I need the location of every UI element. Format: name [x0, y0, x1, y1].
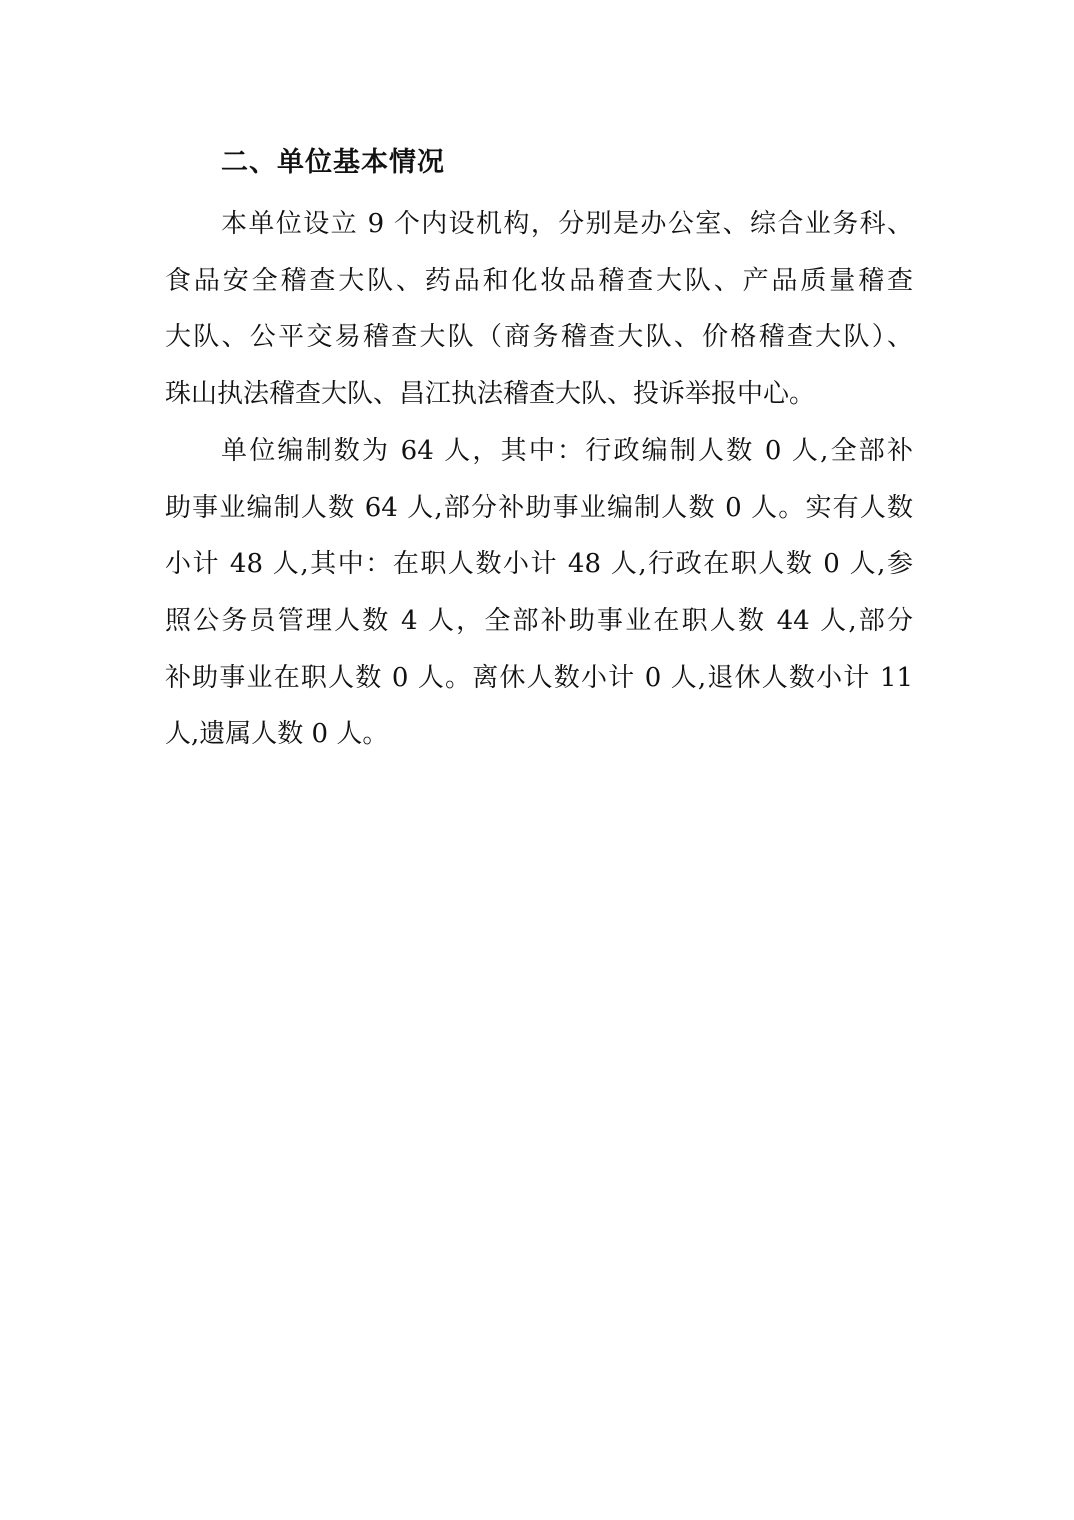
paragraph-line: 人,遗属人数 0 人。: [165, 713, 913, 750]
paragraph-line: 食品安全稽查大队、药品和化妆品稽查大队、产品质量稽查: [165, 260, 913, 297]
paragraph-line: 小计 48 人,其中：在职人数小计 48 人,行政在职人数 0 人,参: [165, 543, 913, 580]
paragraph-line: 助事业编制人数 64 人,部分补助事业编制人数 0 人。实有人数: [165, 487, 913, 524]
paragraph-line: 大队、公平交易稽查大队（商务稽查大队、价格稽查大队）、: [165, 316, 913, 353]
paragraph-line: 补助事业在职人数 0 人。离休人数小计 0 人,退休人数小计 11: [165, 657, 913, 694]
paragraph-line: 单位编制数为 64 人，其中：行政编制人数 0 人,全部补: [221, 430, 913, 467]
paragraph-line: 照公务员管理人数 4 人，全部补助事业在职人数 44 人,部分: [165, 600, 913, 637]
paragraph-line: 珠山执法稽查大队、昌江执法稽查大队、投诉举报中心。: [165, 373, 913, 410]
paragraph-line: 本单位设立 9 个内设机构，分别是办公室、综合业务科、: [221, 203, 913, 240]
section-heading: 二、单位基本情况: [221, 140, 445, 179]
document-page: 二、单位基本情况 本单位设立 9 个内设机构，分别是办公室、综合业务科、 食品安…: [0, 0, 1074, 1520]
